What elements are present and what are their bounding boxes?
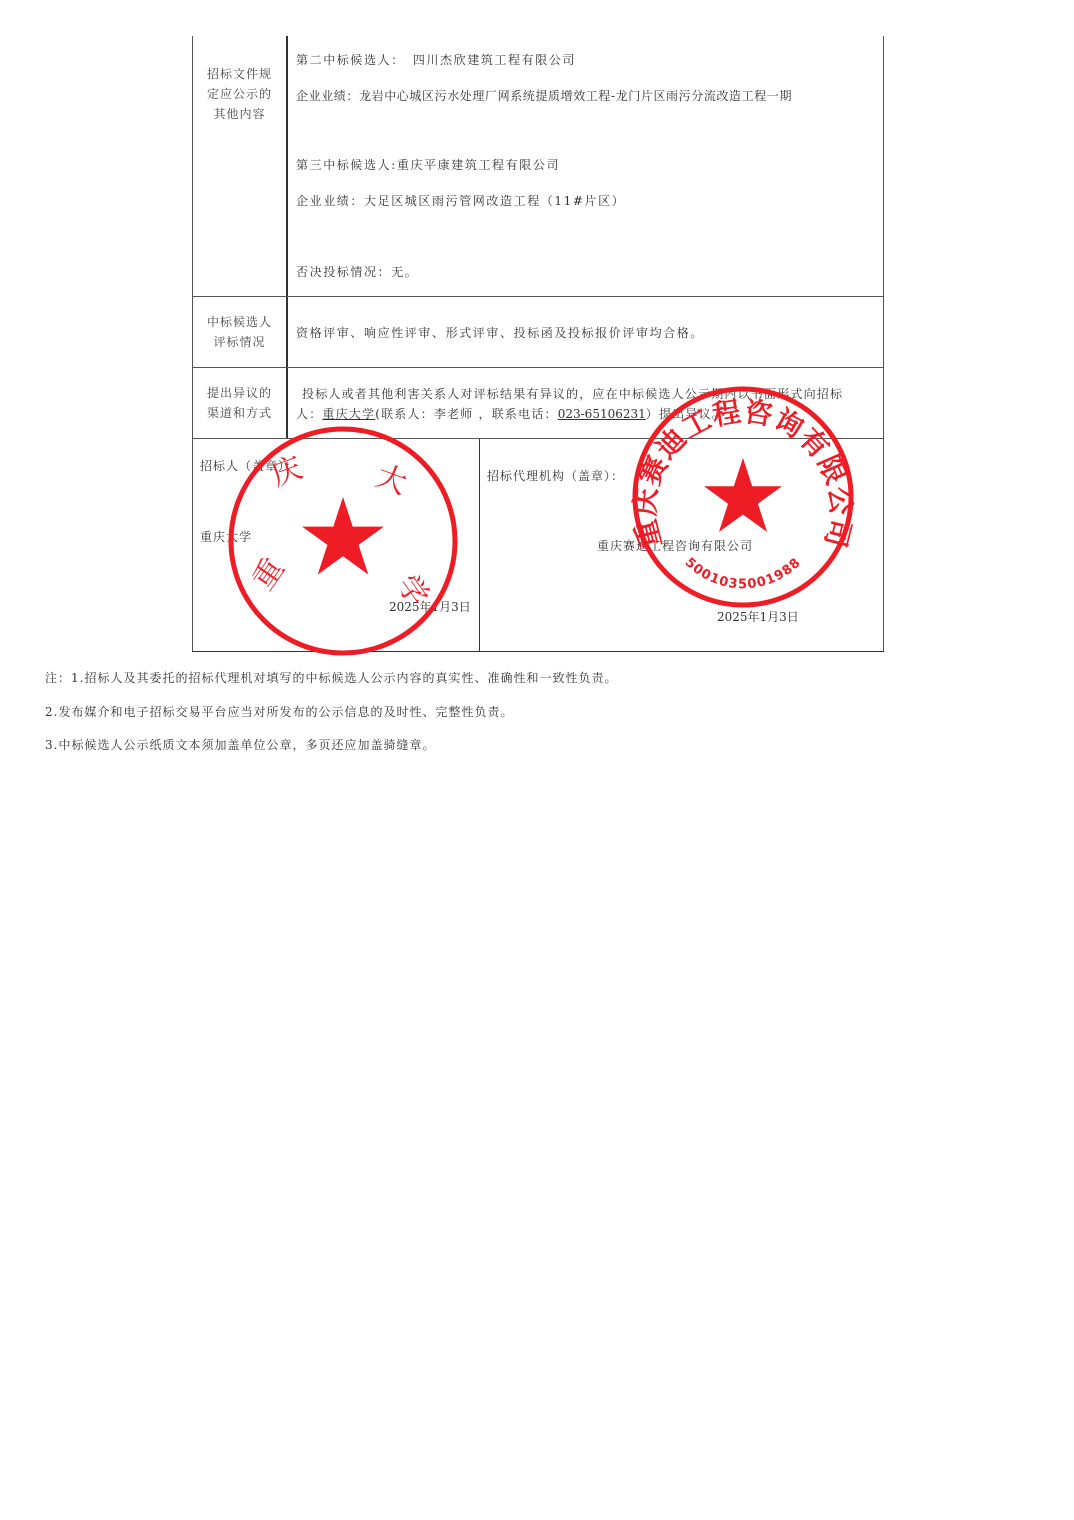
note-2: 2.发布媒介和电子招标交易平台应当对所发布的公示信息的及时性、完整性负责。: [45, 703, 513, 720]
objection-line-2: 人：重庆大学(联系人：李老师 ，联系电话：023-65106231）提出异议。: [296, 405, 725, 422]
objection-org: 重庆大学: [322, 407, 375, 421]
label-line: 渠道和方式: [193, 403, 286, 423]
label-line: 定应公示的: [193, 84, 286, 104]
row-divider-3: [192, 438, 884, 439]
table-column-divider: [286, 36, 288, 439]
svg-text:大: 大: [371, 459, 411, 502]
tenderer-seal-label: 招标人（盖章）：: [200, 457, 298, 474]
agency-seal-label: 招标代理机构（盖章）：: [487, 467, 624, 484]
label-line: 中标候选人: [193, 312, 286, 332]
star-icon: [704, 458, 782, 532]
tenderer-date: 2025年1月3日: [389, 598, 471, 615]
objection-suffix: ）提出异议。: [646, 407, 725, 421]
document-page: 招标文件规 定应公示的 其他内容 第二中标候选人：四川杰欣建筑工程有限公司 企业…: [0, 0, 1074, 1520]
signature-column-divider: [479, 439, 480, 652]
rejection-status: 否决投标情况：无。: [296, 263, 418, 280]
row-divider-1: [192, 296, 884, 297]
note-3: 3.中标候选人公示纸质文本须加盖单位公章，多页还应加盖骑缝章。: [45, 736, 435, 753]
row-label-objection: 提出异议的 渠道和方式: [193, 383, 286, 423]
row-label-evaluation: 中标候选人 评标情况: [193, 312, 286, 352]
table-border-bottom: [192, 651, 884, 652]
second-candidate-performance: 企业业绩：龙岩中心城区污水处理厂网系统提质增效工程-龙门片区雨污分流改造工程一期: [296, 87, 792, 104]
objection-line-1: 投标人或者其他利害关系人对评标结果有异议的，应在中标候选人公示期内以书面形式向招…: [302, 385, 843, 402]
label-line: 评标情况: [193, 332, 286, 352]
third-candidate-performance: 企业业绩：大足区城区雨污管网改造工程（11#片区）: [296, 192, 625, 209]
second-candidate-name: 四川杰欣建筑工程有限公司: [413, 53, 576, 67]
svg-text:重: 重: [246, 552, 292, 597]
objection-prefix: 人：: [296, 407, 322, 421]
agency-date: 2025年1月3日: [717, 608, 799, 625]
agency-name: 重庆赛迪工程咨询有限公司: [597, 537, 753, 554]
second-candidate: 第二中标候选人：四川杰欣建筑工程有限公司: [296, 51, 576, 68]
row-divider-2: [192, 367, 884, 368]
label-line: 其他内容: [193, 104, 286, 124]
objection-contact: (联系人：李老师 ，联系电话：: [375, 407, 558, 421]
evaluation-result: 资格评审、响应性评审、形式评审、投标函及投标报价评审均合格。: [296, 324, 704, 341]
note-1: 注：1.招标人及其委托的招标代理机对填写的中标候选人公示内容的真实性、准确性和一…: [45, 669, 617, 686]
objection-phone: 023-65106231: [558, 407, 646, 421]
tenderer-name: 重庆大学: [200, 528, 252, 545]
second-candidate-label: 第二中标候选人：: [296, 53, 405, 67]
label-line: 提出异议的: [193, 383, 286, 403]
row-label-other-content: 招标文件规 定应公示的 其他内容: [193, 64, 286, 124]
table-border-right: [883, 36, 884, 652]
star-icon: [302, 497, 384, 575]
label-line: 招标文件规: [193, 64, 286, 84]
third-candidate: 第三中标候选人:重庆平康建筑工程有限公司: [296, 156, 560, 173]
svg-text:5001035001988: 5001035001988: [682, 555, 804, 592]
